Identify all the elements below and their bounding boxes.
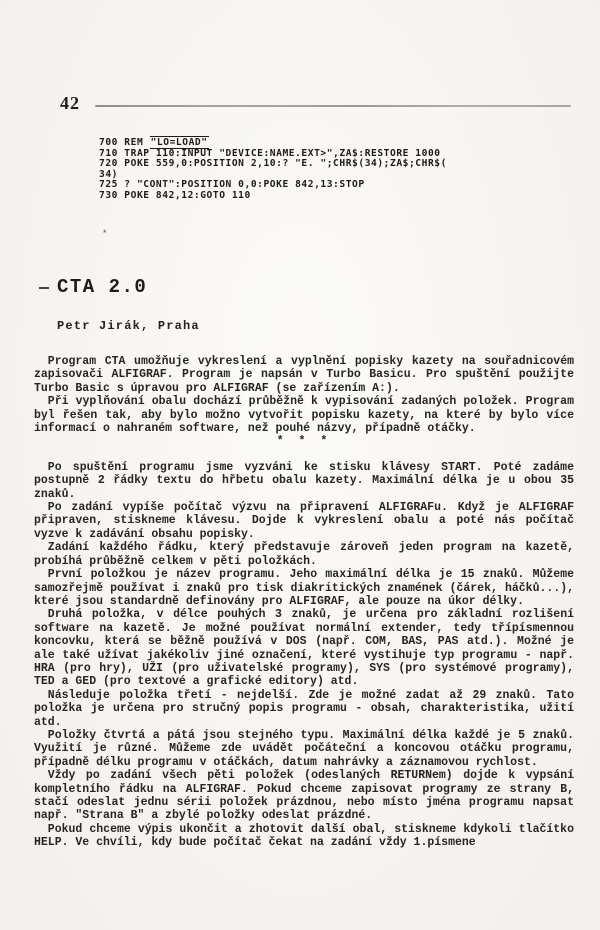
body-paragraph: * * * <box>34 435 574 448</box>
code-line: 720 POKE 559,0:POSITION 2,10:? "E. ";CHR… <box>99 159 571 170</box>
body-paragraph: Po spuštění programu jsme vyzváni ke sti… <box>34 461 574 501</box>
article-body: Program CTA umožňuje vykreslení a vyplně… <box>34 355 574 850</box>
title-margin-dash <box>39 287 49 289</box>
body-paragraph: Pokud chceme výpis ukončit a zhotovit da… <box>34 823 574 850</box>
body-paragraph: Program CTA umožňuje vykreslení a vyplně… <box>34 355 574 395</box>
body-paragraph: Zadání každého řádku, který představuje … <box>34 541 574 568</box>
page-number: 42 <box>60 93 80 114</box>
body-paragraph: Druhá položka, v délce pouhých 3 znaků, … <box>34 608 574 688</box>
body-paragraph: Po zadání vypíše počítač výzvu na připra… <box>34 501 574 541</box>
article-title: CTA 2.0 <box>57 276 147 298</box>
stray-asterisk-mark: * <box>102 229 107 239</box>
body-paragraph: Následuje položka třetí - nejdelší. Zde … <box>34 689 574 729</box>
body-paragraph: Vždy po zadání všech pěti položek (odesl… <box>34 769 574 823</box>
scanned-page: 42 700 REM "LO=LOAD"710 TRAP 110:INPUT "… <box>0 0 600 930</box>
basic-code-listing: 700 REM "LO=LOAD"710 TRAP 110:INPUT "DEV… <box>99 138 571 201</box>
code-line: 730 POKE 842,12:GOTO 110 <box>99 191 571 202</box>
article-author: Petr Jirák, Praha <box>57 319 200 333</box>
header-rule <box>95 105 571 107</box>
body-paragraph: Při vyplňování obalu dochází průběžně k … <box>34 395 574 435</box>
body-paragraph: Položky čtvrtá a pátá jsou stejného typu… <box>34 729 574 769</box>
body-paragraph: První položkou je název programu. Jeho m… <box>34 568 574 608</box>
